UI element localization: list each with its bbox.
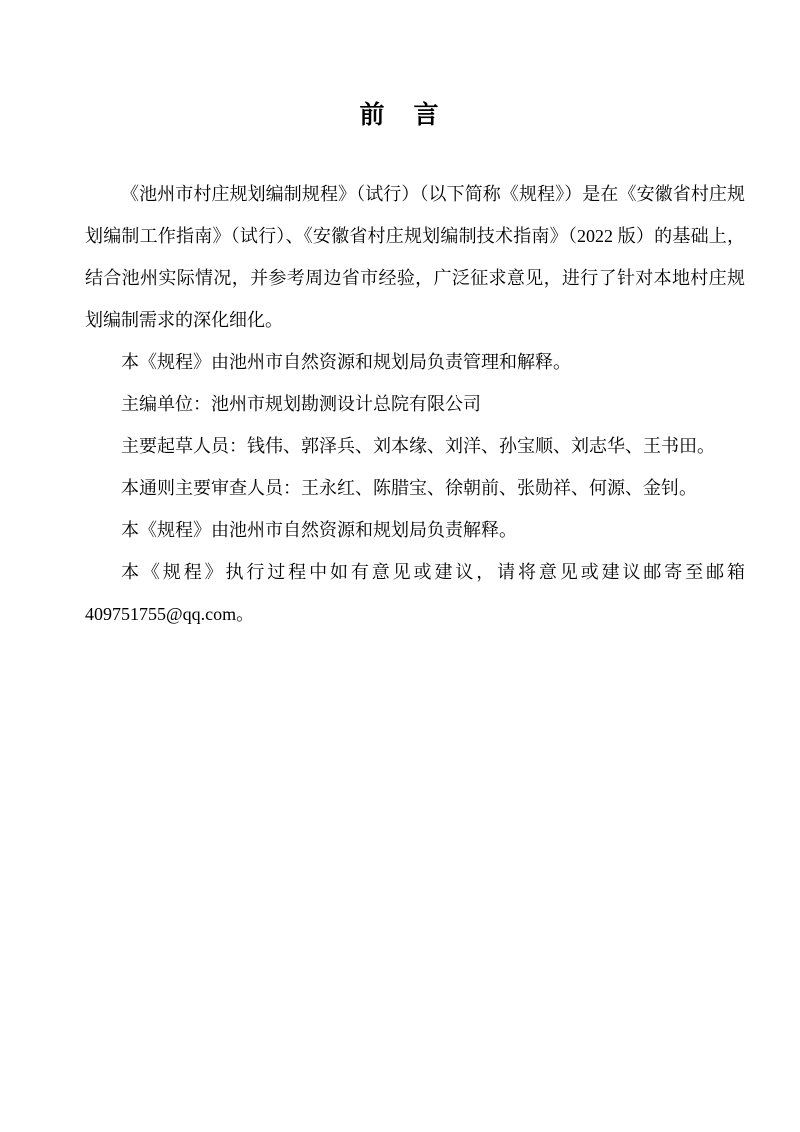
document-page: 前 言 《池州市村庄规划编制规程》（试行）（以下简称《规程》）是在《安徽省村庄规… xyxy=(0,0,800,1132)
paragraph-feedback-email: 本《规程》执行过程中如有意见或建议，请将意见或建议邮寄至邮箱409751755@… xyxy=(85,551,745,635)
paragraph-reviewers: 本通则主要审查人员：王永红、陈腊宝、徐朝前、张勋祥、何源、金钊。 xyxy=(85,467,745,509)
paragraph-management: 本《规程》由池州市自然资源和规划局负责管理和解释。 xyxy=(85,341,745,383)
paragraph-basis: 《池州市村庄规划编制规程》（试行）（以下简称《规程》）是在《安徽省村庄规划编制工… xyxy=(85,173,745,341)
page-title: 前 言 xyxy=(0,0,800,133)
paragraph-drafters: 主要起草人员：钱伟、郭泽兵、刘本缘、刘洋、孙宝顺、刘志华、王书田。 xyxy=(85,425,745,467)
paragraph-chief-editor: 主编单位：池州市规划勘测设计总院有限公司 xyxy=(85,383,745,425)
paragraph-interpretation: 本《规程》由池州市自然资源和规划局负责解释。 xyxy=(85,509,745,551)
document-body: 《池州市村庄规划编制规程》（试行）（以下简称《规程》）是在《安徽省村庄规划编制工… xyxy=(85,173,745,635)
